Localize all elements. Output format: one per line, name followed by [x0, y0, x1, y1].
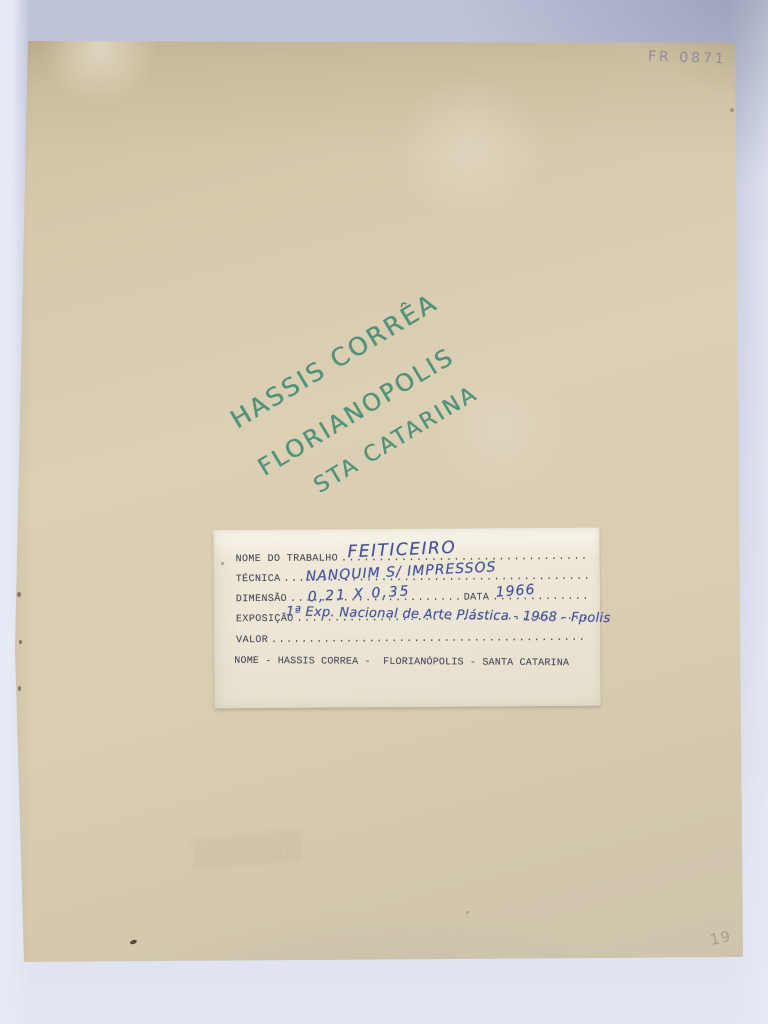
paper-speck [130, 939, 138, 945]
field-name: NOME DO TRABALHO [236, 553, 338, 565]
field-name: TÉCNICA [236, 574, 281, 585]
paper-speck [19, 640, 22, 644]
label-row-valor: VALOR ..................................… [236, 633, 588, 646]
field-name: DIMENSÃO [236, 594, 287, 605]
pencil-page-number: 19 [708, 927, 732, 949]
field-name: DATA [464, 592, 490, 603]
paper-speck [730, 108, 734, 112]
ghost-writing-smudge [191, 829, 303, 870]
label-footer-artist-line: NOME - HASSIS CORREA - FLORIANÓPOLIS - S… [234, 656, 569, 669]
paper-speck [221, 562, 224, 565]
dotted-leader: ........................................… [271, 633, 588, 646]
paper-speck [466, 911, 469, 914]
paper-speck [17, 592, 21, 597]
handwritten-date: 1966 [495, 582, 536, 601]
artwork-verso-paper: FR 0871 HASSIS CORRÊA FLORIANOPOLIS STA … [0, 0, 768, 1024]
field-name: VALOR [236, 635, 268, 646]
catalog-label: NOME DO TRABALHO .......................… [213, 528, 600, 709]
paper-speck [18, 686, 21, 691]
pencil-inventory-number: FR 0871 [648, 49, 727, 68]
photograph-artwork-verso: FR 0871 HASSIS CORRÊA FLORIANOPOLIS STA … [0, 0, 768, 1024]
